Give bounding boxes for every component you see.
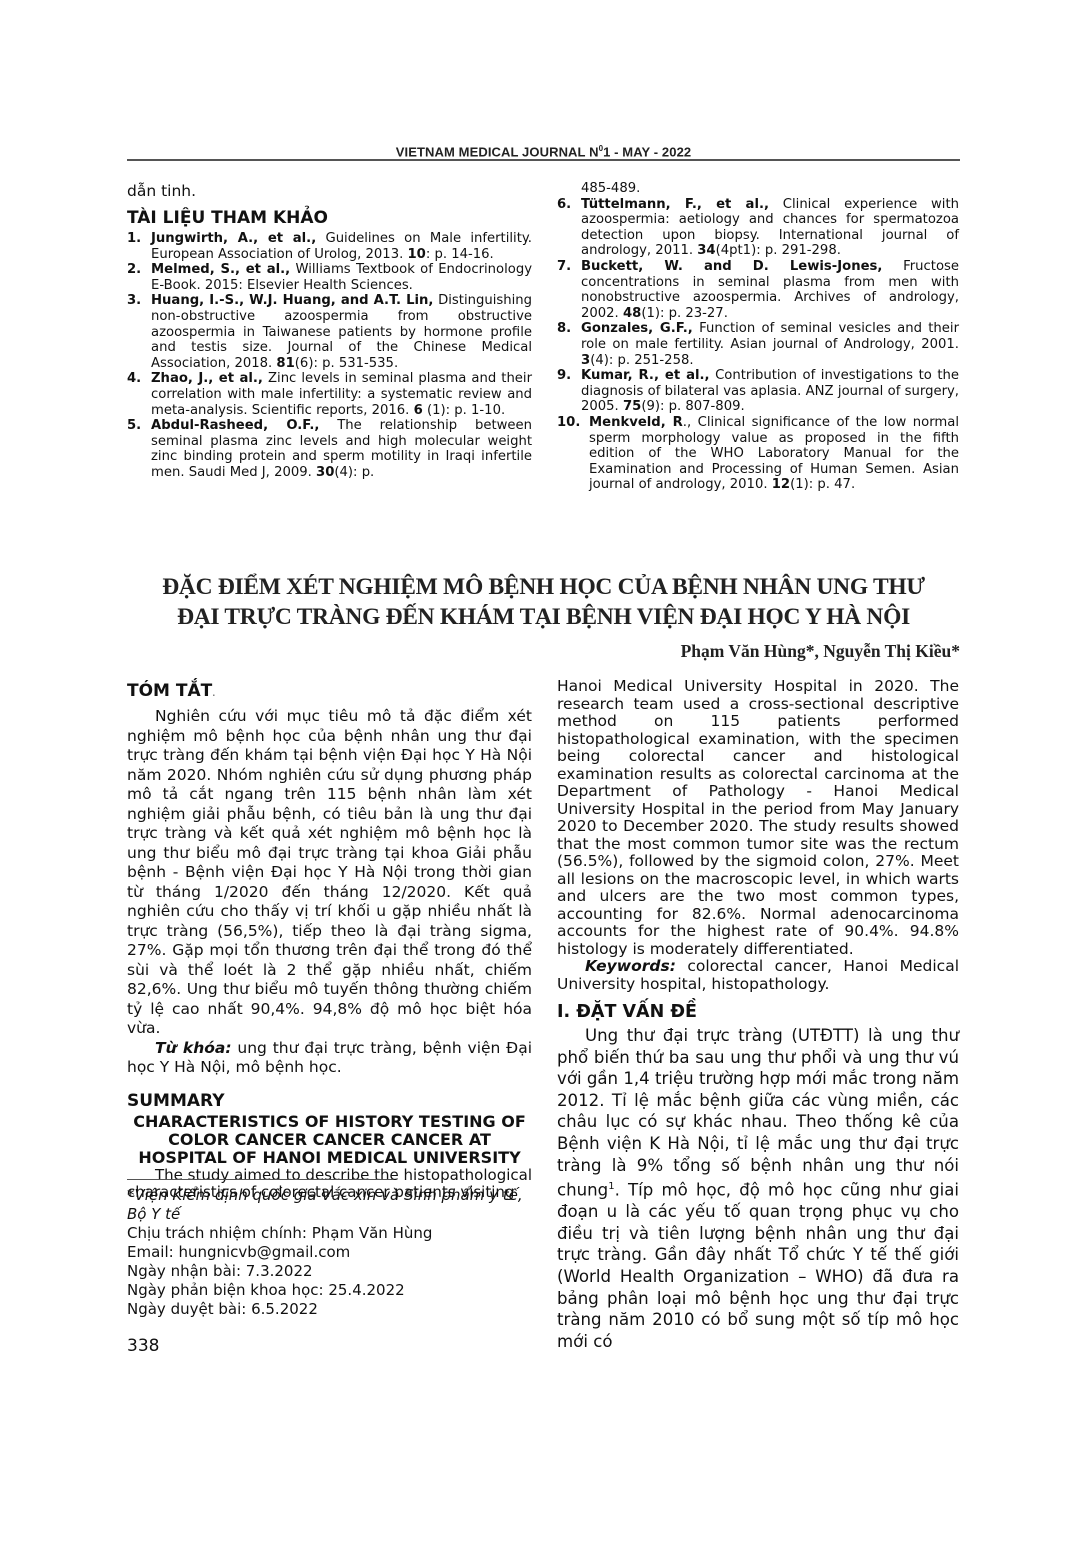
- abstract-vi-body: Nghiên cứu với mục tiêu mô tả đặc điểm x…: [127, 707, 532, 1039]
- reference-pages: (1): p. 23-27.: [641, 306, 728, 321]
- reference-number: 5.: [127, 418, 141, 434]
- previous-article-continuation: dẫn tinh.: [127, 181, 532, 201]
- abstract-vi-keywords: Từ khóa: ung thư đại trực tràng, bệnh vi…: [127, 1039, 532, 1078]
- reference-authors: Melmed, S., et al.,: [151, 262, 290, 277]
- header-rule: [127, 159, 960, 161]
- reference-number: 6.: [557, 197, 571, 213]
- reference-authors: Kumar, R., et al.,: [581, 368, 710, 383]
- introduction-body: Ung thư đại trực tràng (UTĐTT) là ung th…: [557, 1025, 959, 1352]
- article-title-line-2: ĐẠI TRỰC TRÀNG ĐẾN KHÁM TẠI BỆNH VIỆN ĐẠ…: [127, 602, 960, 632]
- summary-body-continued: Hanoi Medical University Hospital in 202…: [557, 678, 959, 958]
- reference-pages: (4pt1): p. 291-298.: [716, 243, 841, 258]
- reference-number: 10.: [557, 415, 580, 431]
- references-list-continued: 6.Tüttelmann, F., et al., Clinical exper…: [557, 197, 959, 493]
- reference-number: 1.: [127, 231, 141, 247]
- reference-authors: Gonzales, G.F.,: [581, 321, 693, 336]
- reference-item: 9.Kumar, R., et al., Contribution of inv…: [557, 368, 959, 415]
- running-header: VIETNAM MEDICAL JOURNAL N01 - MAY - 2022: [127, 144, 960, 159]
- article-title-line-1: ĐẶC ĐIỂM XÉT NGHIỆM MÔ BỆNH HỌC CỦA BỆNH…: [127, 572, 960, 602]
- reference-item: 2.Melmed, S., et al., Williams Textbook …: [127, 262, 532, 293]
- reference-volume: 30: [316, 465, 334, 480]
- reference-volume: 81: [276, 356, 294, 371]
- reference-continuation: 485-489.: [557, 181, 959, 197]
- keywords-label: Keywords:: [585, 957, 676, 975]
- reference-item: 1.Jungwirth, A., et al., Guidelines on M…: [127, 231, 532, 262]
- reference-number: 3.: [127, 293, 141, 309]
- reference-pages: (4): p. 251-258.: [590, 353, 693, 368]
- summary-heading: SUMMARY: [127, 1090, 532, 1112]
- journal-page: VIETNAM MEDICAL JOURNAL N01 - MAY - 2022…: [0, 0, 1090, 1541]
- received-date: Ngày nhận bài: 7.3.2022: [127, 1262, 537, 1281]
- reference-volume: 12: [772, 477, 790, 492]
- reference-item: 8.Gonzales, G.F., Function of seminal ve…: [557, 321, 959, 368]
- introduction-text-a: Ung thư đại trực tràng (UTĐTT) là ung th…: [557, 1026, 959, 1200]
- reference-item: 7.Buckett, W. and D. Lewis-Jones, Fructo…: [557, 259, 959, 321]
- reference-authors: Huang, I.-S., W.J. Huang, and A.T. Lin,: [151, 293, 433, 308]
- issue-date: 1 - MAY - 2022: [603, 144, 691, 159]
- introduction-paragraph: Ung thư đại trực tràng (UTĐTT) là ung th…: [557, 1025, 959, 1352]
- references-list: 1.Jungwirth, A., et al., Guidelines on M…: [127, 231, 532, 481]
- summary-keywords: Keywords: colorectal cancer, Hanoi Medic…: [557, 958, 959, 993]
- responsible-author: Chịu trách nhiệm chính: Phạm Văn Hùng: [127, 1224, 537, 1243]
- article-left-column: TÓM TẮT. Nghiên cứu với mục tiêu mô tả đ…: [127, 680, 532, 1202]
- summary-title: CHARACTERISTICS OF HISTORY TESTING OF CO…: [127, 1113, 532, 1167]
- abstract-vi-heading: TÓM TẮT.: [127, 680, 532, 705]
- reference-item: 10.Menkveld, R., Clinical significance o…: [557, 415, 959, 493]
- reviewed-date: Ngày phản biện khoa học: 25.4.2022: [127, 1281, 537, 1300]
- reference-authors: Abdul-Rasheed, O.F.,: [151, 418, 319, 433]
- reference-item: 5.Abdul-Rasheed, O.F., The relationship …: [127, 418, 532, 480]
- references-left-column: dẫn tinh. TÀI LIỆU THAM KHẢO 1.Jungwirth…: [127, 181, 532, 481]
- reference-pages: (4): p.: [334, 465, 374, 480]
- reference-pages: (6): p. 531-535.: [295, 356, 398, 371]
- references-right-column: 485-489. 6.Tüttelmann, F., et al., Clini…: [557, 181, 959, 493]
- reference-item: 4.Zhao, J., et al., Zinc levels in semin…: [127, 371, 532, 418]
- article-title: ĐẶC ĐIỂM XÉT NGHIỆM MÔ BỆNH HỌC CỦA BỆNH…: [127, 572, 960, 632]
- affiliation-footnote: *Viện Kiểm định quốc gia Vắc xin và Sinh…: [127, 1186, 537, 1224]
- reference-number: 4.: [127, 371, 141, 387]
- journal-name: VIETNAM MEDICAL JOURNAL N: [396, 144, 599, 159]
- references-heading: TÀI LIỆU THAM KHẢO: [127, 207, 532, 229]
- contact-email: Email: hungnicvb@gmail.com: [127, 1243, 537, 1262]
- reference-item: 6.Tüttelmann, F., et al., Clinical exper…: [557, 197, 959, 259]
- reference-pages: (1): p. 47.: [790, 477, 855, 492]
- reference-pages: (1): p. 1-10.: [423, 403, 505, 418]
- reference-number: 9.: [557, 368, 571, 384]
- reference-authors: Buckett, W. and D. Lewis-Jones,: [581, 259, 882, 274]
- footnote-rule: [127, 1179, 393, 1180]
- introduction-heading: I. ĐẶT VẤN ĐỀ: [557, 1001, 959, 1023]
- reference-authors: Tüttelmann, F., et al.,: [581, 197, 769, 212]
- reference-pages: : p. 14-16.: [426, 247, 494, 262]
- page-number: 338: [127, 1336, 159, 1356]
- reference-volume: 10: [407, 247, 425, 262]
- reference-volume: 3: [581, 353, 590, 368]
- reference-volume: 48: [623, 306, 641, 321]
- reference-volume: 6: [414, 403, 423, 418]
- reference-volume: 75: [623, 399, 641, 414]
- article-authors: Phạm Văn Hùng*, Nguyễn Thị Kiều*: [681, 641, 960, 662]
- reference-authors: Jungwirth, A., et al.,: [151, 231, 316, 246]
- footnotes: *Viện Kiểm định quốc gia Vắc xin và Sinh…: [127, 1186, 537, 1319]
- reference-volume: 34: [697, 243, 715, 258]
- accepted-date: Ngày duyệt bài: 6.5.2022: [127, 1300, 537, 1319]
- introduction-text-b: . Típ mô học, độ mô học cũng như giai đo…: [557, 1181, 959, 1351]
- article-right-column: Hanoi Medical University Hospital in 202…: [557, 678, 959, 1352]
- reference-item: 3.Huang, I.-S., W.J. Huang, and A.T. Lin…: [127, 293, 532, 371]
- heading-dot: .: [212, 689, 215, 698]
- reference-number: 2.: [127, 262, 141, 278]
- abstract-vi-heading-text: TÓM TẮT: [127, 681, 212, 701]
- reference-pages: (9): p. 807-809.: [641, 399, 744, 414]
- reference-number: 7.: [557, 259, 571, 275]
- keywords-label: Từ khóa:: [155, 1039, 232, 1057]
- reference-authors: Zhao, J., et al.,: [151, 371, 263, 386]
- reference-authors: Menkveld, R: [589, 415, 683, 430]
- reference-number: 8.: [557, 321, 571, 337]
